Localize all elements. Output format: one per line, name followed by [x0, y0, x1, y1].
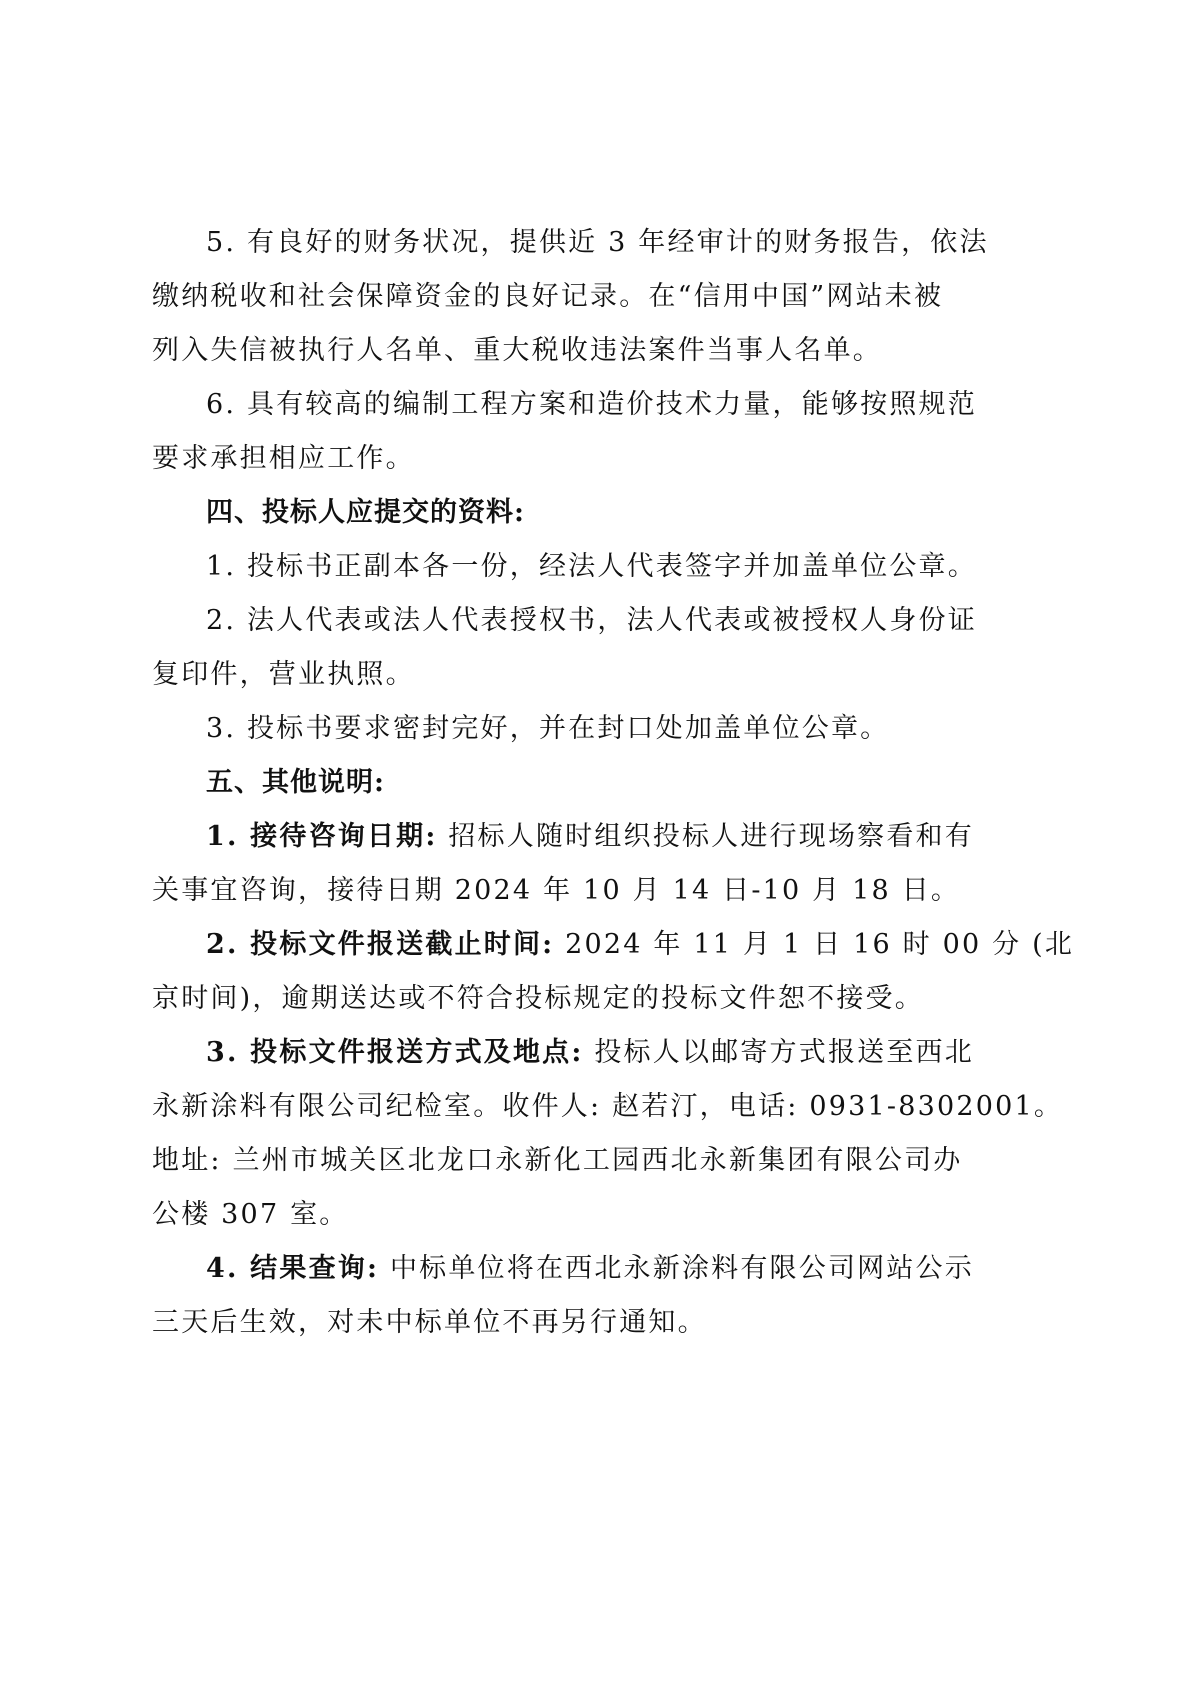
requirement-5: 5. 有良好的财务状况，提供近 3 年经审计的财务报告，依法 缴纳税收和社会保障… [152, 216, 978, 378]
text-line: 3. 投标文件报送方式及地点: 投标人以邮寄方式报送至西北 [152, 1026, 978, 1080]
text-line: 缴纳税收和社会保障资金的良好记录。在“信用中国”网站未被 [152, 270, 978, 324]
item-label: 3. 投标文件报送方式及地点: [206, 1037, 584, 1068]
section-5-item-2: 2. 投标文件报送截止时间: 2024 年 11 月 1 日 16 时 00 分… [152, 918, 978, 1026]
text-line: 公楼 307 室。 [152, 1188, 978, 1242]
section-5-item-3: 3. 投标文件报送方式及地点: 投标人以邮寄方式报送至西北 永新涂料有限公司纪检… [152, 1026, 978, 1242]
section-4-item-2: 2. 法人代表或法人代表授权书，法人代表或被授权人身份证 复印件，营业执照。 [152, 594, 978, 702]
item-text: 投标人以邮寄方式报送至西北 [584, 1037, 974, 1068]
section-5-item-1: 1. 接待咨询日期: 招标人随时组织投标人进行现场察看和有 关事宜咨询，接待日期… [152, 810, 978, 918]
item-text: 2024 年 11 月 1 日 16 时 00 分 (北 [554, 929, 1074, 960]
text-line: 1. 投标书正副本各一份，经法人代表签字并加盖单位公章。 [152, 540, 978, 594]
text-line: 永新涂料有限公司纪检室。收件人: 赵若汀，电话: 0931-8302001。 [152, 1080, 978, 1134]
section-5-item-4: 4. 结果查询: 中标单位将在西北永新涂料有限公司网站公示 三天后生效，对未中标… [152, 1242, 978, 1350]
item-label: 2. 投标文件报送截止时间: [206, 929, 554, 960]
item-text: 招标人随时组织投标人进行现场察看和有 [438, 821, 974, 852]
text-line: 5. 有良好的财务状况，提供近 3 年经审计的财务报告，依法 [152, 216, 978, 270]
text-line: 3. 投标书要求密封完好，并在封口处加盖单位公章。 [152, 702, 978, 756]
text-line: 2. 法人代表或法人代表授权书，法人代表或被授权人身份证 [152, 594, 978, 648]
text-line: 要求承担相应工作。 [152, 432, 978, 486]
text-line: 京时间)，逾期送达或不符合投标规定的投标文件恕不接受。 [152, 972, 978, 1026]
text-line: 列入失信被执行人名单、重大税收违法案件当事人名单。 [152, 324, 978, 378]
section-heading: 四、投标人应提交的资料: [152, 486, 978, 540]
text-line: 2. 投标文件报送截止时间: 2024 年 11 月 1 日 16 时 00 分… [152, 918, 978, 972]
text-line: 4. 结果查询: 中标单位将在西北永新涂料有限公司网站公示 [152, 1242, 978, 1296]
section-4-heading: 四、投标人应提交的资料: [152, 486, 978, 540]
text-line: 地址: 兰州市城关区北龙口永新化工园西北永新集团有限公司办 [152, 1134, 978, 1188]
text-line: 关事宜咨询，接待日期 2024 年 10 月 14 日-10 月 18 日。 [152, 864, 978, 918]
item-label: 1. 接待咨询日期: [206, 821, 438, 852]
item-label: 4. 结果查询: [206, 1253, 379, 1284]
requirement-6: 6. 具有较高的编制工程方案和造价技术力量，能够按照规范 要求承担相应工作。 [152, 378, 978, 486]
text-line: 复印件，营业执照。 [152, 648, 978, 702]
section-heading: 五、其他说明: [152, 756, 978, 810]
text-line: 1. 接待咨询日期: 招标人随时组织投标人进行现场察看和有 [152, 810, 978, 864]
section-5-heading: 五、其他说明: [152, 756, 978, 810]
document-page: 5. 有良好的财务状况，提供近 3 年经审计的财务报告，依法 缴纳税收和社会保障… [152, 216, 978, 1350]
item-text: 中标单位将在西北永新涂料有限公司网站公示 [379, 1253, 974, 1284]
section-4-item-1: 1. 投标书正副本各一份，经法人代表签字并加盖单位公章。 [152, 540, 978, 594]
section-4-item-3: 3. 投标书要求密封完好，并在封口处加盖单位公章。 [152, 702, 978, 756]
text-line: 6. 具有较高的编制工程方案和造价技术力量，能够按照规范 [152, 378, 978, 432]
text-line: 三天后生效，对未中标单位不再另行通知。 [152, 1296, 978, 1350]
